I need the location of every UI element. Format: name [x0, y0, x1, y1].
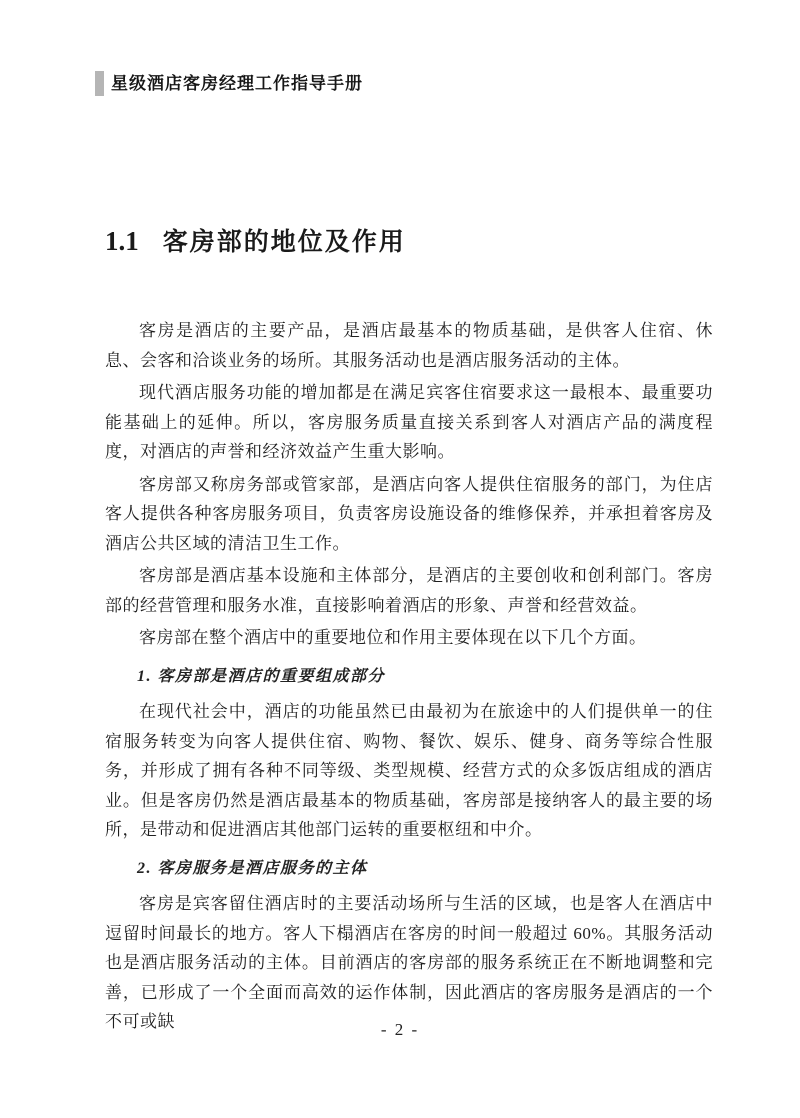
- paragraph-1: 客房是酒店的主要产品，是酒店最基本的物质基础，是供客人住宿、休息、会客和洽谈业务…: [105, 316, 713, 375]
- paragraph-7: 客房是宾客留住酒店时的主要活动场所与生活的区域，也是客人在酒店中逗留时间最长的地…: [105, 889, 713, 1037]
- header-title: 星级酒店客房经理工作指导手册: [111, 71, 363, 96]
- running-header: 星级酒店客房经理工作指导手册: [95, 71, 363, 96]
- header-marker-bar: [95, 71, 104, 96]
- paragraph-4: 客房部是酒店基本设施和主体部分，是酒店的主要创收和创利部门。客房部的经营管理和服…: [105, 561, 713, 620]
- subsection-heading-1: 1. 客房部是酒店的重要组成部分: [105, 662, 713, 692]
- subsection-heading-2: 2. 客房服务是酒店服务的主体: [105, 854, 713, 884]
- paragraph-2: 现代酒店服务功能的增加都是在满足宾客住宿要求这一最根本、最重要功能基础上的延伸。…: [105, 378, 713, 467]
- body-content: 客房是酒店的主要产品，是酒店最基本的物质基础，是供客人住宿、休息、会客和洽谈业务…: [105, 316, 713, 1040]
- page-number: - 2 -: [381, 1020, 419, 1039]
- section-name: 客房部的地位及作用: [163, 222, 406, 258]
- section-number: 1.1: [105, 226, 139, 257]
- document-page: 星级酒店客房经理工作指导手册 1.1 客房部的地位及作用 客房是酒店的主要产品，…: [0, 0, 800, 1118]
- page-footer: - 2 -: [0, 1020, 800, 1040]
- section-title: 1.1 客房部的地位及作用: [105, 222, 406, 258]
- paragraph-6: 在现代社会中，酒店的功能虽然已由最初为在旅途中的人们提供单一的住宿服务转变为向客…: [105, 697, 713, 845]
- paragraph-3: 客房部又称房务部或管家部，是酒店向客人提供住宿服务的部门，为住店客人提供各种客房…: [105, 470, 713, 559]
- paragraph-5: 客房部在整个酒店中的重要地位和作用主要体现在以下几个方面。: [105, 623, 713, 653]
